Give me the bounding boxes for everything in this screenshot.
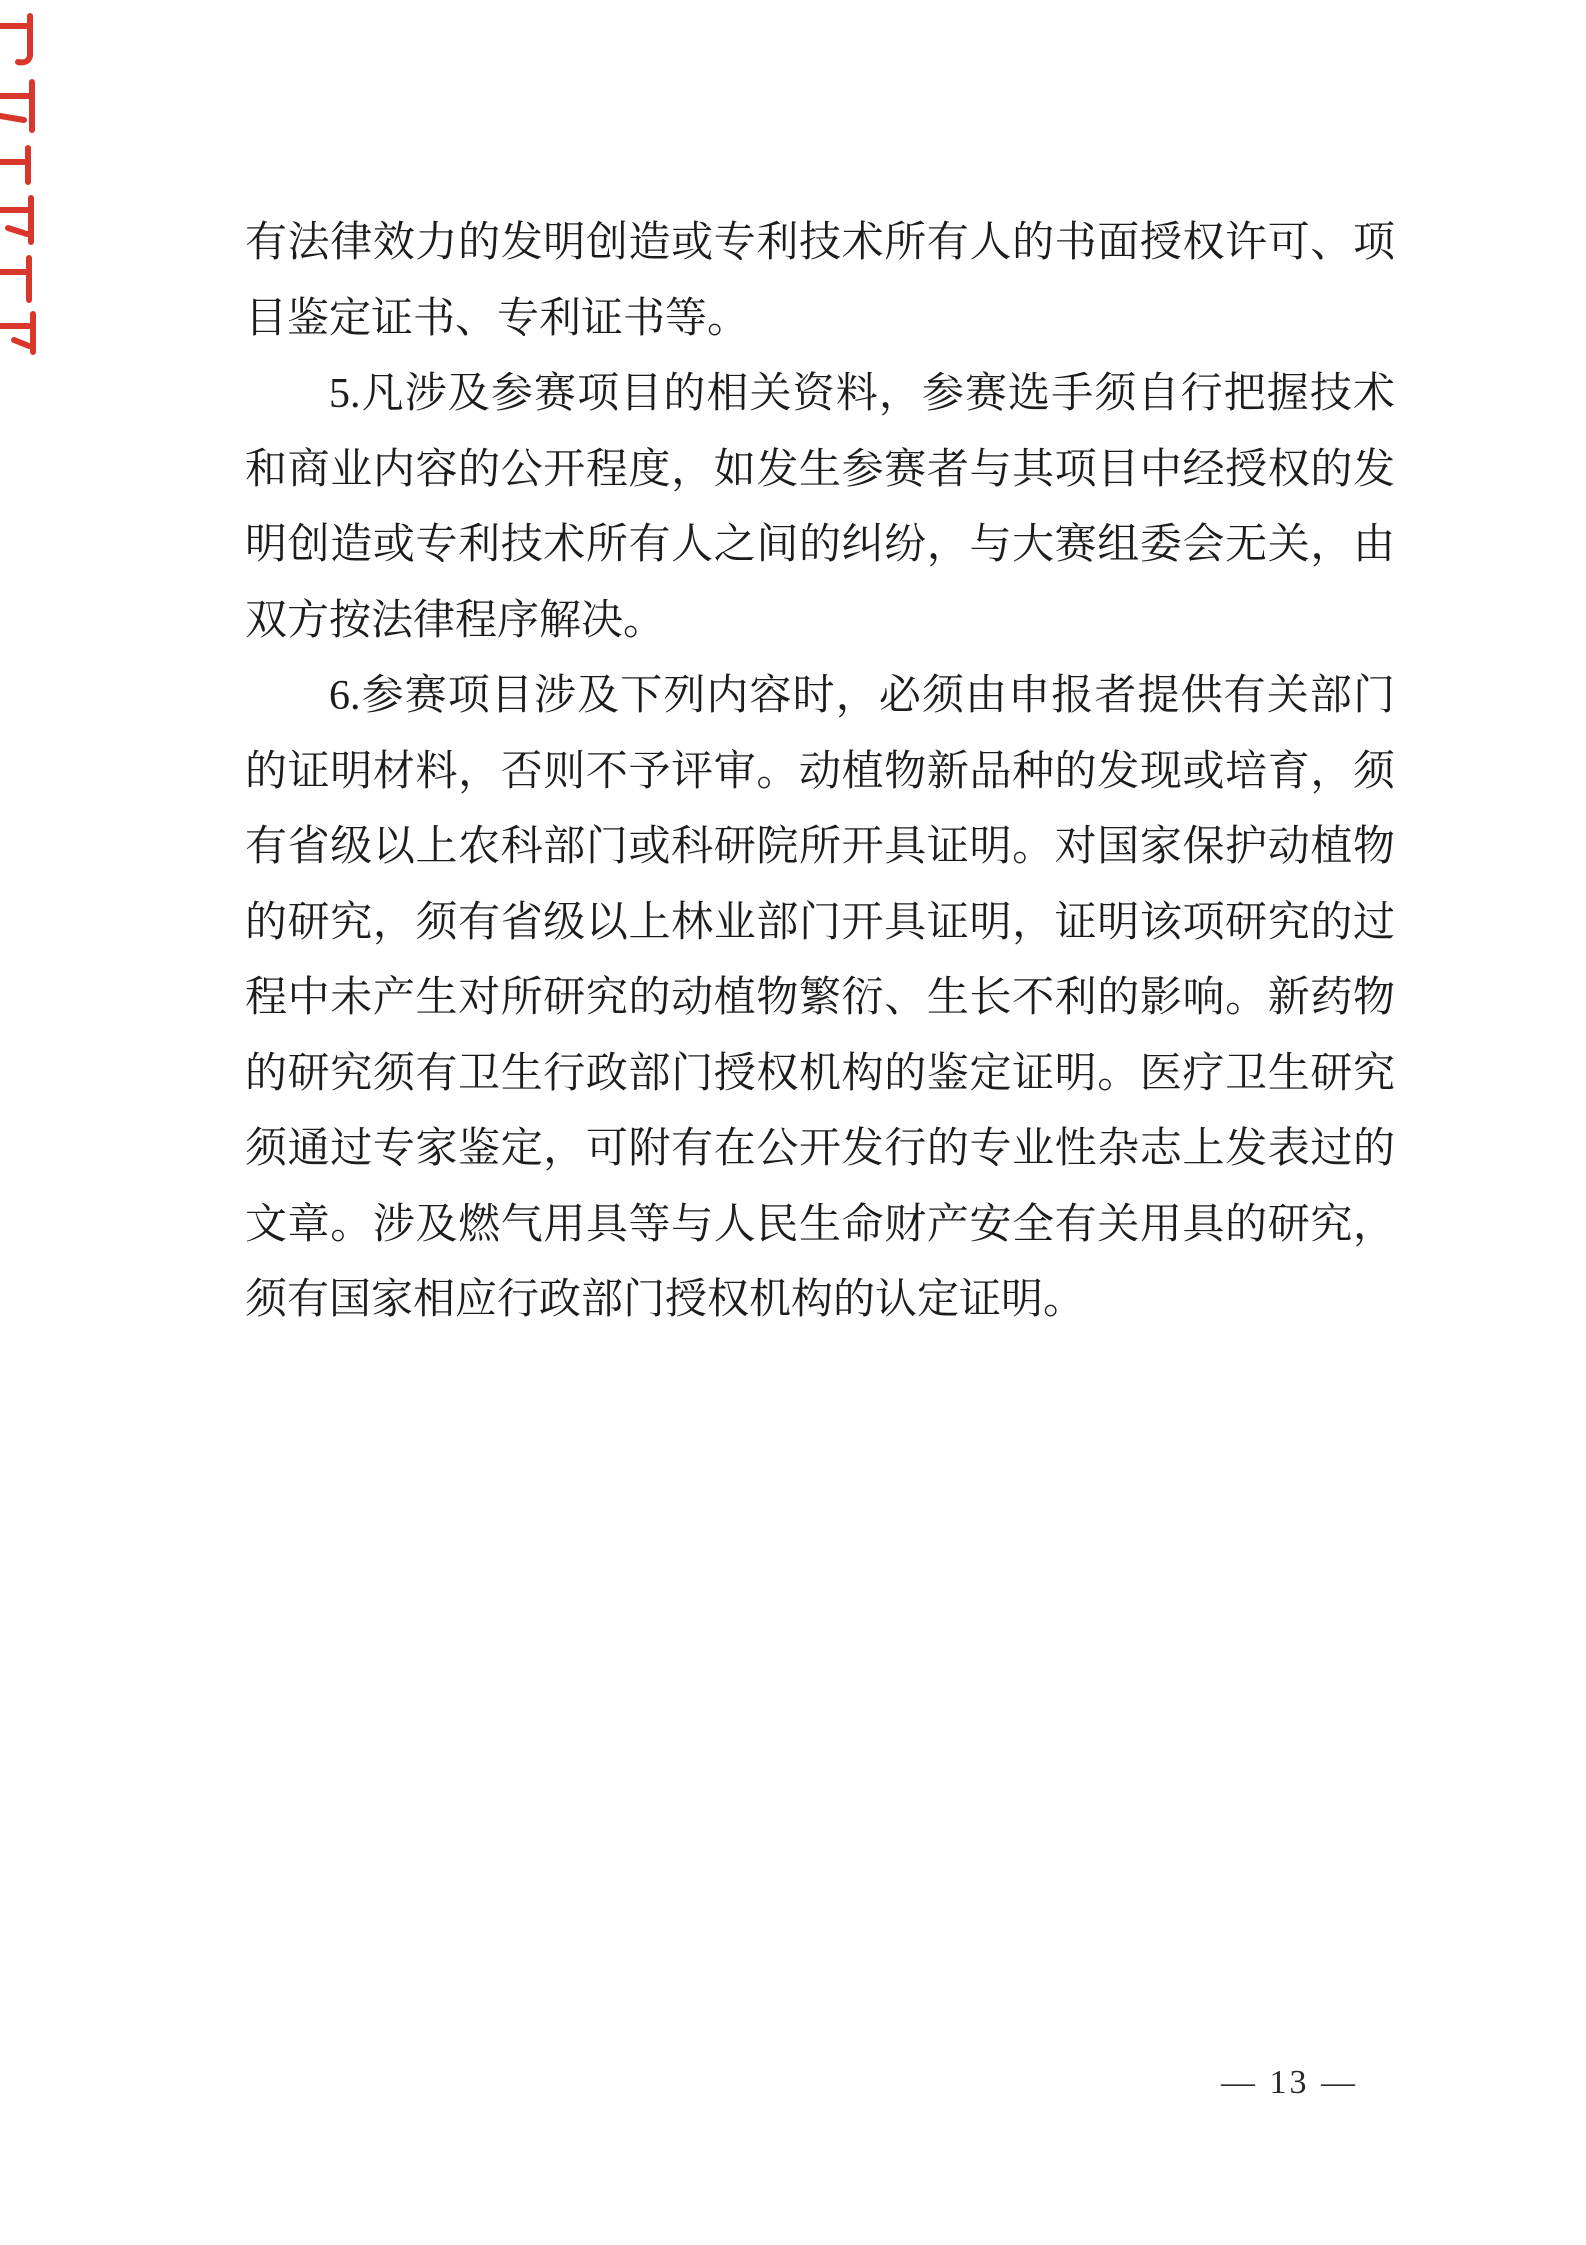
text-line: 有法律效力的发明创造或专利技术所有人的书面授权许可、项	[245, 206, 1395, 282]
document-page: 有法律效力的发明创造或专利技术所有人的书面授权许可、项 目鉴定证书、专利证书等。…	[0, 0, 1586, 2245]
text-line: 有省级以上农科部门或科研院所开具证明。对国家保护动植物	[245, 810, 1395, 886]
text-line: 双方按法律程序解决。	[245, 584, 1395, 660]
scan-edge-artifact-marks	[0, 4, 42, 364]
text-line: 和商业内容的公开程度，如发生参赛者与其项目中经授权的发	[245, 433, 1395, 509]
text-line: 须有国家相应行政部门授权机构的认定证明。	[245, 1263, 1395, 1339]
text-line: 的证明材料，否则不予评审。动植物新品种的发现或培育，须	[245, 735, 1395, 811]
text-line: 目鉴定证书、专利证书等。	[245, 282, 1395, 358]
text-line: 须通过专家鉴定，可附有在公开发行的专业性杂志上发表过的	[245, 1112, 1395, 1188]
page-number: — 13 —	[1221, 2062, 1358, 2104]
text-line: 5.凡涉及参赛项目的相关资料，参赛选手须自行把握技术	[245, 357, 1395, 433]
text-line: 文章。涉及燃气用具等与人民生命财产安全有关用具的研究，	[245, 1188, 1395, 1264]
text-line: 明创造或专利技术所有人之间的纠纷，与大赛组委会无关，由	[245, 508, 1395, 584]
document-body: 有法律效力的发明创造或专利技术所有人的书面授权许可、项 目鉴定证书、专利证书等。…	[245, 206, 1395, 1339]
text-line: 的研究须有卫生行政部门授权机构的鉴定证明。医疗卫生研究	[245, 1037, 1395, 1113]
text-line: 的研究，须有省级以上林业部门开具证明，证明该项研究的过	[245, 886, 1395, 962]
text-line: 6.参赛项目涉及下列内容时，必须由申报者提供有关部门	[245, 659, 1395, 735]
text-line: 程中未产生对所研究的动植物繁衍、生长不利的影响。新药物	[245, 961, 1395, 1037]
